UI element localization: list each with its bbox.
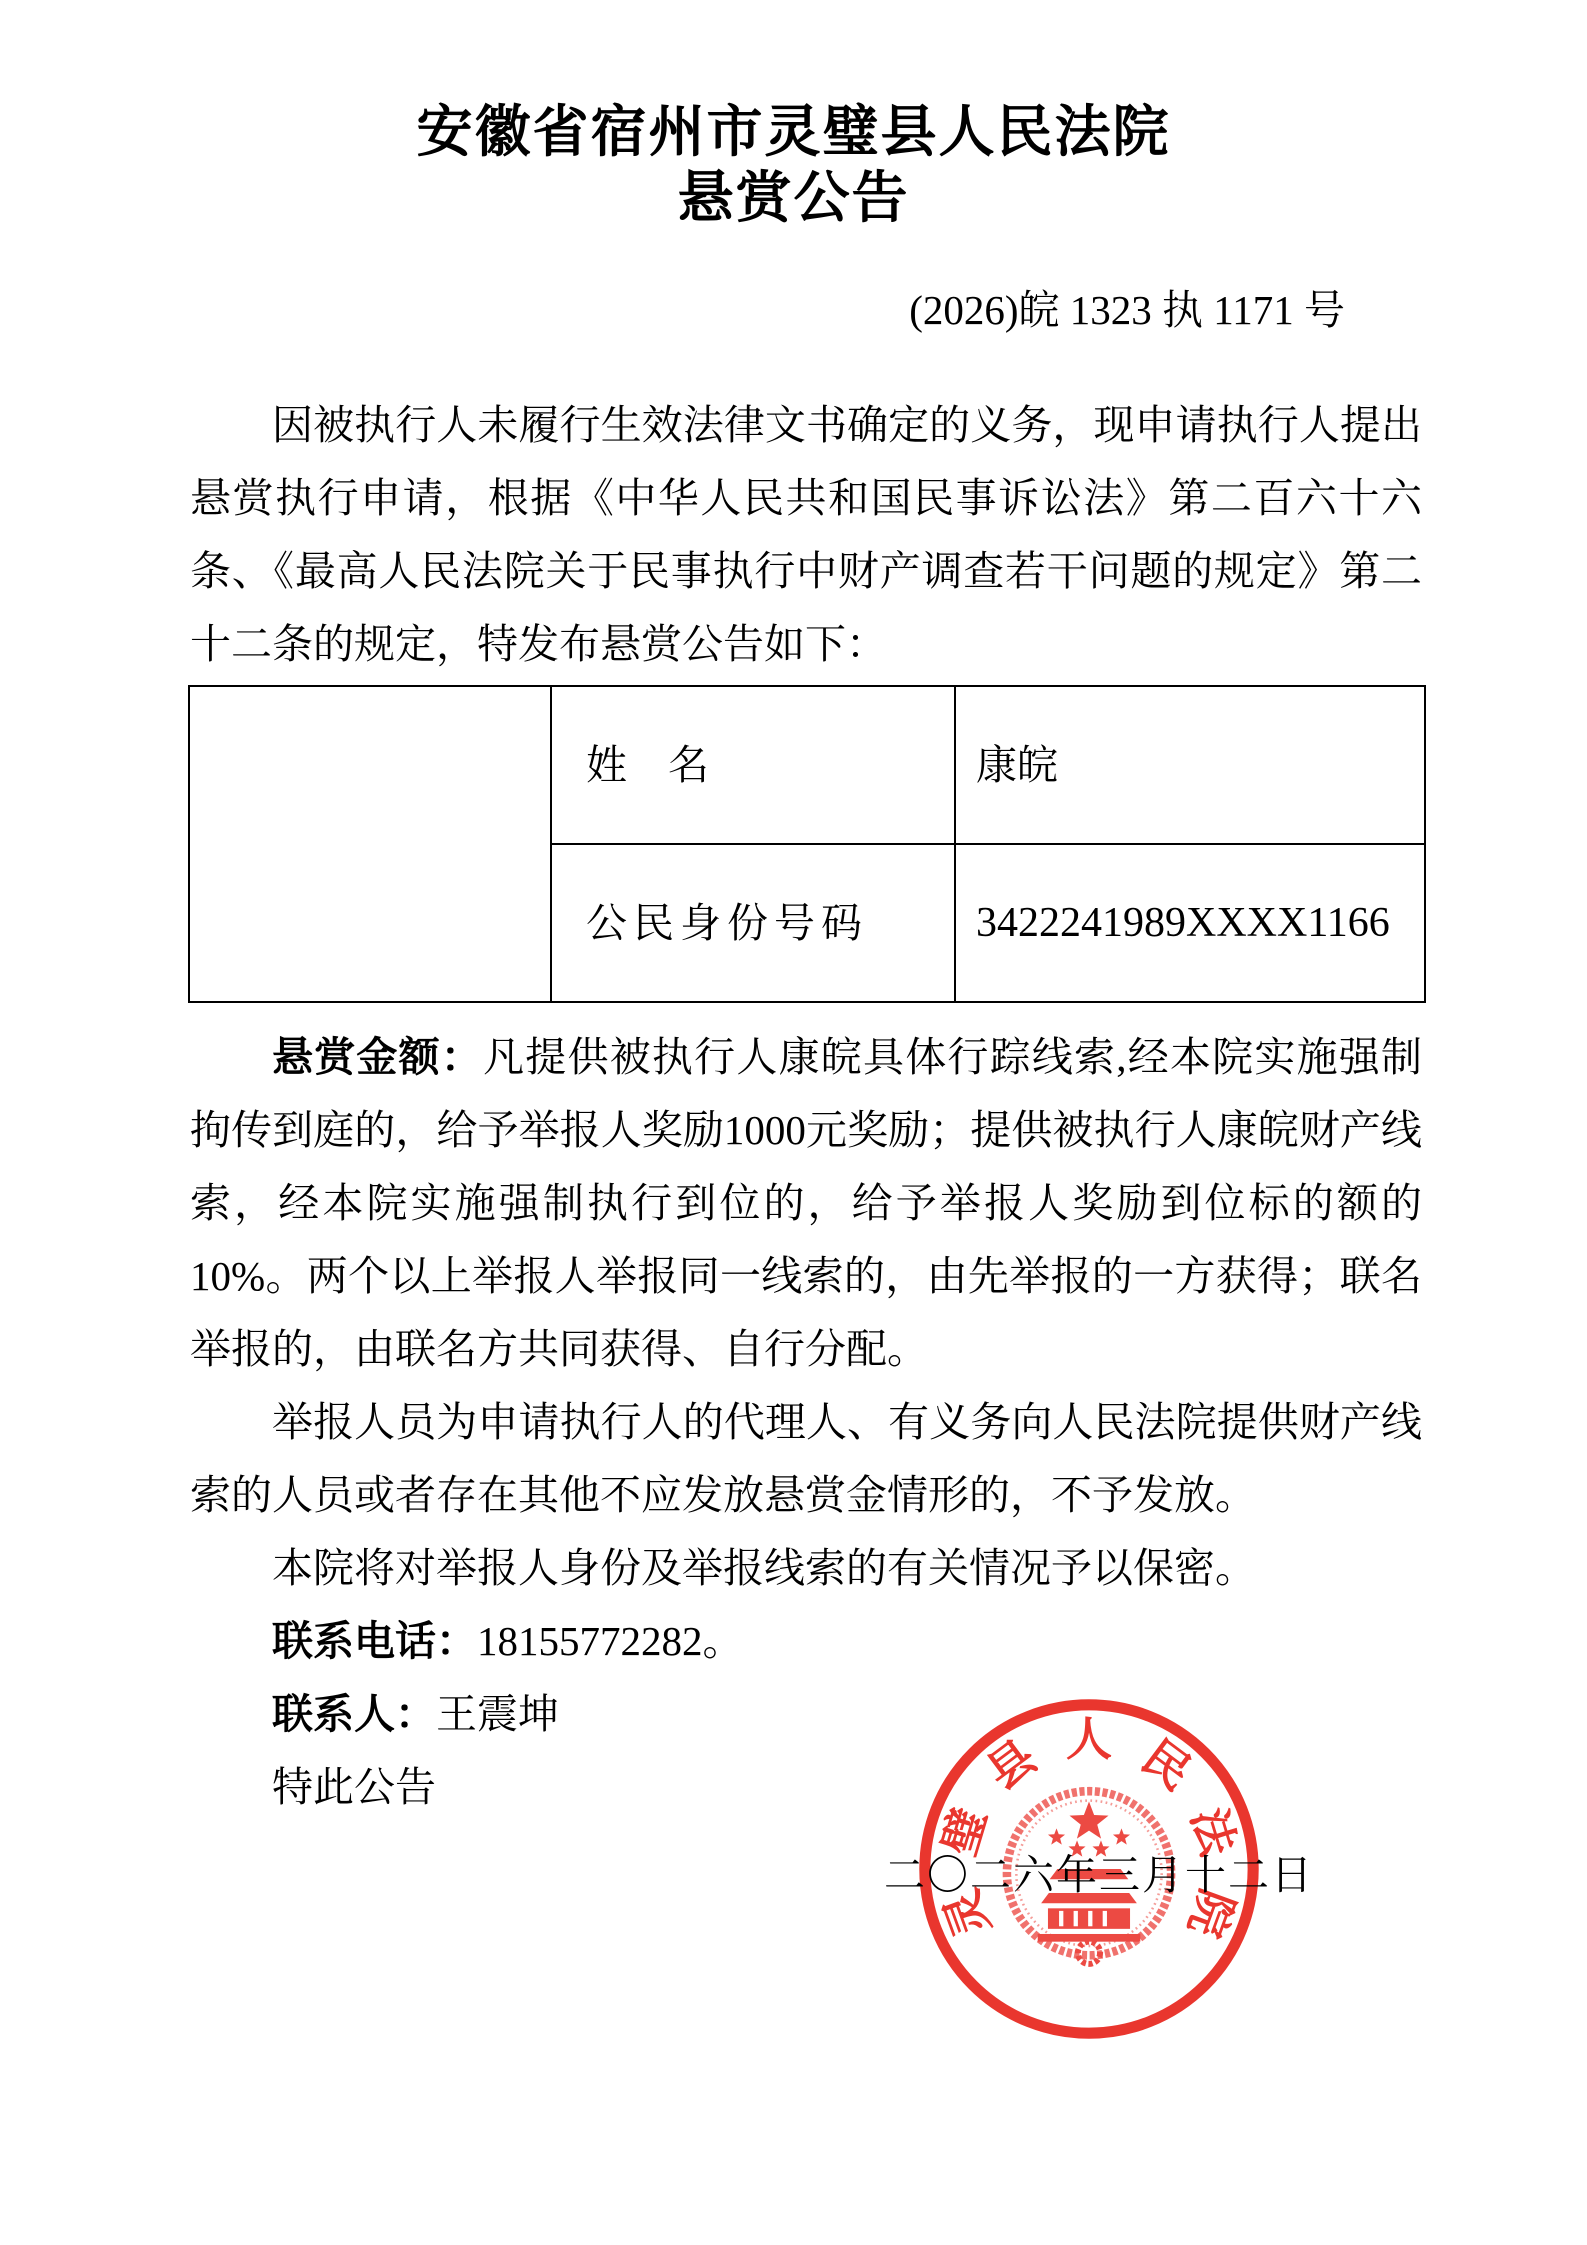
phone-label: 联系电话： xyxy=(272,1618,477,1664)
paragraph-confidentiality: 本院将对举报人身份及举报线索的有关情况予以保密。 xyxy=(190,1532,1422,1605)
contact-label: 联系人： xyxy=(272,1691,436,1737)
id-value-cell: 3422241989XXXX1166 xyxy=(955,844,1425,1002)
photo-placeholder-cell xyxy=(189,686,551,1002)
gate-door xyxy=(1103,1911,1107,1926)
document-body: 因被执行人未履行生效法律文书确定的义务，现申请执行人提出悬赏执行申请，根据《中华… xyxy=(0,389,1587,1824)
gate-door xyxy=(1088,1911,1092,1926)
paragraph-intro: 因被执行人未履行生效法律文书确定的义务，现申请执行人提出悬赏执行申请，根据《中华… xyxy=(190,389,1422,681)
notice-title: 悬赏公告 xyxy=(0,166,1587,230)
contact-value: 王震坤 xyxy=(436,1691,559,1737)
name-label-cell: 姓 名 xyxy=(551,686,955,844)
contact-phone-line: 联系电话：18155772282。 xyxy=(190,1605,1422,1678)
date-line: 二〇二六年三月十二日 xyxy=(884,1842,1314,1901)
reward-amount-body: 凡提供被执行人康皖具体行踪线索,经本院实施强制拘传到庭的，给予举报人奖励1000… xyxy=(190,1034,1422,1372)
gate-door xyxy=(1074,1911,1078,1926)
name-value-cell: 康皖 xyxy=(955,686,1425,844)
seal-char: 人 xyxy=(1066,1713,1112,1765)
phone-value: 18155772282。 xyxy=(477,1618,744,1664)
gate-door xyxy=(1059,1911,1063,1926)
subject-info-table: 姓 名 康皖 公民身份号码 3422241989XXXX1166 xyxy=(188,685,1426,1003)
paragraph-exclusion: 举报人员为申请执行人的代理人、有义务向人民法院提供财产线索的人员或者存在其他不应… xyxy=(190,1386,1422,1532)
court-name-title: 安徽省宿州市灵璧县人民法院 xyxy=(0,100,1587,164)
table-row-name: 姓 名 康皖 xyxy=(189,686,1425,844)
document-page: 安徽省宿州市灵璧县人民法院 悬赏公告 (2026)皖 1323 执 1171 号… xyxy=(0,0,1587,2245)
case-number: (2026)皖 1323 执 1171 号 xyxy=(0,274,1587,347)
id-label-cell: 公民身份号码 xyxy=(551,844,955,1002)
paragraph-reward: 悬赏金额：凡提供被执行人康皖具体行踪线索,经本院实施强制拘传到庭的，给予举报人奖… xyxy=(190,1021,1422,1386)
reward-amount-label: 悬赏金额： xyxy=(272,1034,483,1080)
big-star-icon xyxy=(1069,1801,1108,1838)
